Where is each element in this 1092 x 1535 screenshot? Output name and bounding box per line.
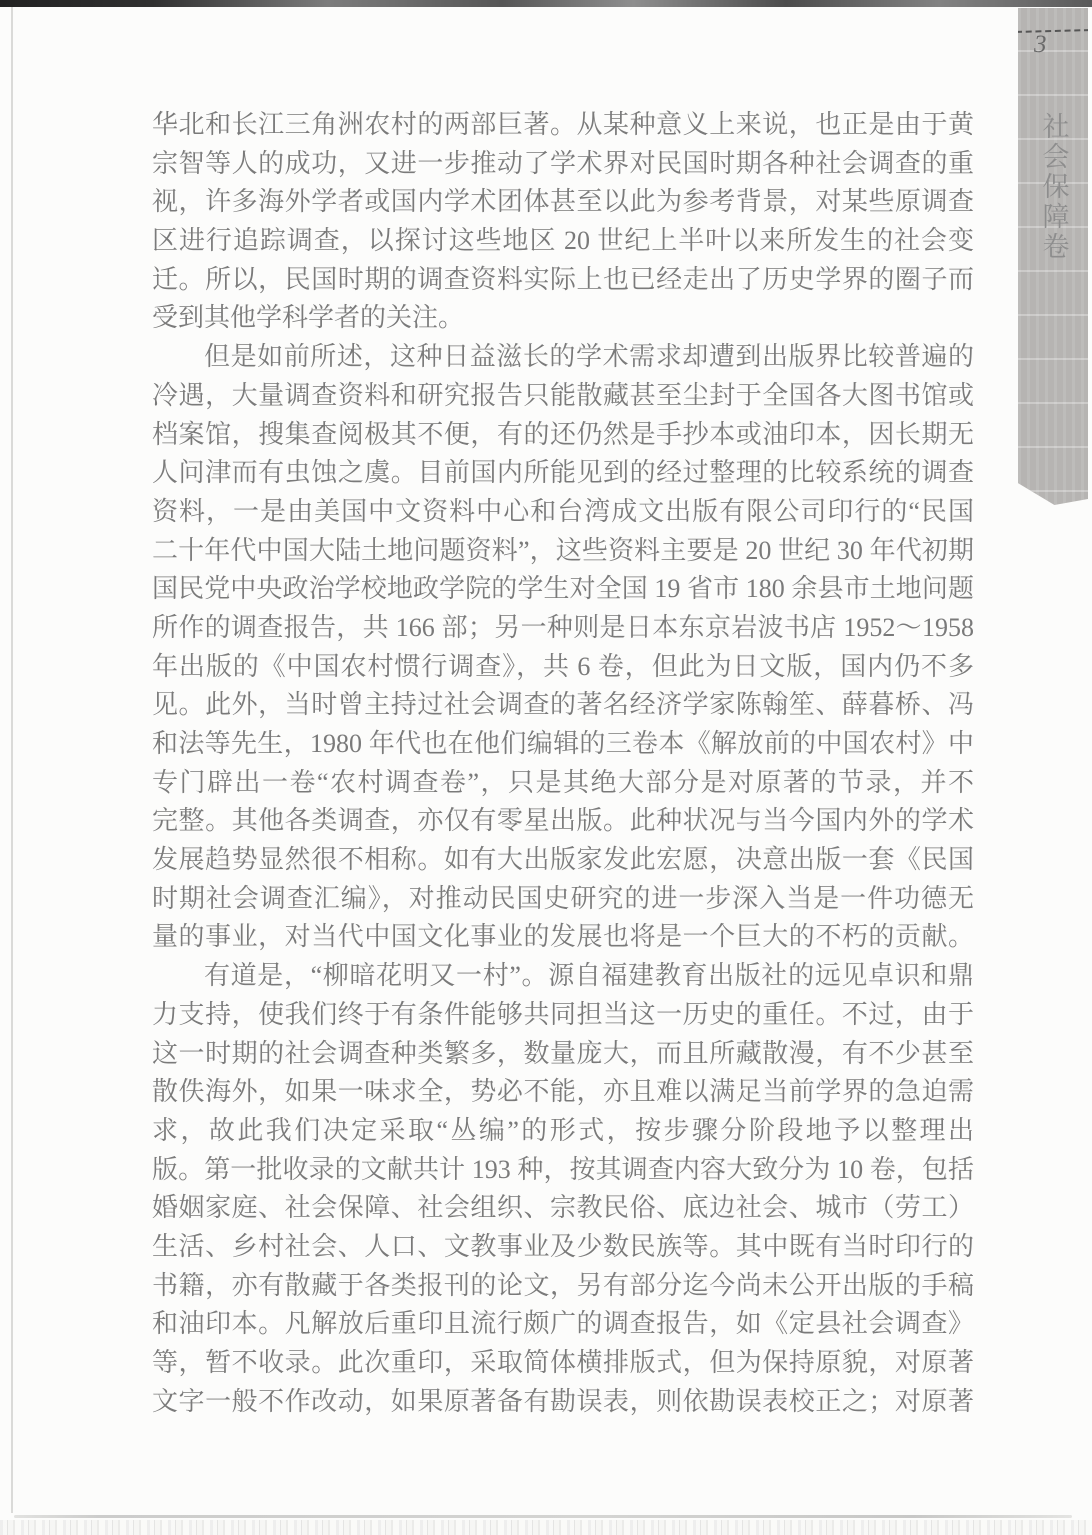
text-line: 发展趋势显然很不相称。如有大出版家发此宏愿，决意出版一套《民国 bbox=[152, 841, 974, 880]
text-line: 婚姻家庭、社会保障、社会组织、宗教民俗、底边社会、城市（劳工） bbox=[152, 1189, 974, 1228]
text-line: 求，故此我们决定采取“丛编”的形式，按步骤分阶段地予以整理出 bbox=[152, 1112, 974, 1151]
text-line: 力支持，使我们终于有条件能够共同担当这一历史的重任。不过，由于 bbox=[152, 996, 974, 1035]
text-line: 这一时期的社会调查种类繁多，数量庞大，而且所藏散漫，有不少甚至 bbox=[152, 1035, 974, 1074]
text-line: 版。第一批收录的文献共计 193 种，按其调查内容大致分为 10 卷，包括 bbox=[152, 1151, 974, 1190]
text-line: 书籍，亦有散藏于各类报刊的论文，另有部分迄今尚未公开出版的手稿 bbox=[152, 1267, 974, 1306]
text-line: 有道是，“柳暗花明又一村”。源自福建教育出版社的远见卓识和鼎 bbox=[152, 957, 974, 996]
text-line: 和油印本。凡解放后重印且流行颇广的调查报告，如《定县社会调查》 bbox=[152, 1305, 974, 1344]
volume-side-tab: 3 社会保障卷 bbox=[1018, 8, 1088, 505]
text-line: 冷遇，大量调查资料和研究报告只能散藏甚至尘封于全国各大图书馆或 bbox=[152, 377, 974, 416]
text-line: 等，暂不收录。此次重印，采取简体横排版式，但为保持原貌，对原著 bbox=[152, 1344, 974, 1383]
text-line: 文字一般不作改动，如果原著备有勘误表，则依勘误表校正之；对原著 bbox=[152, 1383, 974, 1422]
text-line: 受到其他学科学者的关注。 bbox=[152, 299, 974, 338]
text-line: 完整。其他各类调查，亦仅有零星出版。此种状况与当今国内外的学术 bbox=[152, 802, 974, 841]
text-line: 二十年代中国大陆土地问题资料”，这些资料主要是 20 世纪 30 年代初期 bbox=[152, 532, 974, 571]
scan-bottom-edge-line bbox=[14, 1515, 1072, 1518]
scan-left-fold-line bbox=[11, 7, 13, 1513]
scan-bottom-streaks bbox=[0, 1520, 1092, 1535]
text-line: 量的事业，对当代中国文化事业的发展也将是一个巨大的不朽的贡献。 bbox=[152, 918, 974, 957]
text-line: 所作的调查报告，共 166 部；另一种则是日本东京岩波书店 1952～1958 bbox=[152, 609, 974, 648]
text-line: 资料，一是由美国中文资料中心和台湾成文出版有限公司印行的“民国 bbox=[152, 493, 974, 532]
text-line: 档案馆，搜集查阅极其不便，有的还仍然是手抄本或油印本，因长期无 bbox=[152, 416, 974, 455]
page-body: 华北和长江三角洲农村的两部巨著。从某种意义上来说，也正是由于黄宗智等人的成功，又… bbox=[152, 106, 974, 1421]
text-line: 但是如前所述，这种日益滋长的学术需求却遭到出版界比较普遍的 bbox=[152, 338, 974, 377]
text-line: 年出版的《中国农村惯行调查》，共 6 卷，但此为日文版，国内仍不多 bbox=[152, 648, 974, 687]
text-line: 和法等先生，1980 年代也在他们编辑的三卷本《解放前的中国农村》中 bbox=[152, 725, 974, 764]
text-line: 宗智等人的成功，又进一步推动了学术界对民国时期各种社会调查的重 bbox=[152, 145, 974, 184]
scan-top-edge bbox=[0, 0, 1092, 7]
text-line: 视，许多海外学者或国内学术团体甚至以此为参考背景，对某些原调查 bbox=[152, 183, 974, 222]
text-line: 迁。所以，民国时期的调查资料实际上也已经走出了历史学界的圈子而 bbox=[152, 261, 974, 300]
text-line: 人问津而有虫蚀之虞。目前国内所能见到的经过整理的比较系统的调查 bbox=[152, 454, 974, 493]
text-line: 生活、乡村社会、人口、文教事业及少数民族等。其中既有当时印行的 bbox=[152, 1228, 974, 1267]
text-line: 专门辟出一卷“农村调查卷”，只是其绝大部分是对原著的节录，并不 bbox=[152, 764, 974, 803]
volume-title-vertical: 社会保障卷 bbox=[1040, 112, 1067, 262]
text-line: 区进行追踪调查，以探讨这些地区 20 世纪上半叶以来所发生的社会变 bbox=[152, 222, 974, 261]
text-line: 华北和长江三角洲农村的两部巨著。从某种意义上来说，也正是由于黄 bbox=[152, 106, 974, 145]
text-line: 见。此外，当时曾主持过社会调查的著名经济学家陈翰笙、薛暮桥、冯 bbox=[152, 686, 974, 725]
text-line: 国民党中央政治学校地政学院的学生对全国 19 省市 180 余县市土地问题 bbox=[152, 570, 974, 609]
page-number: 3 bbox=[1034, 32, 1047, 57]
tab-dashed-line bbox=[1016, 29, 1090, 33]
text-line: 散佚海外，如果一味求全，势必不能，亦且难以满足当前学界的急迫需 bbox=[152, 1073, 974, 1112]
scanned-page: 3 社会保障卷 华北和长江三角洲农村的两部巨著。从某种意义上来说，也正是由于黄宗… bbox=[0, 0, 1092, 1535]
text-line: 时期社会调查汇编》，对推动民国史研究的进一步深入当是一件功德无 bbox=[152, 880, 974, 919]
